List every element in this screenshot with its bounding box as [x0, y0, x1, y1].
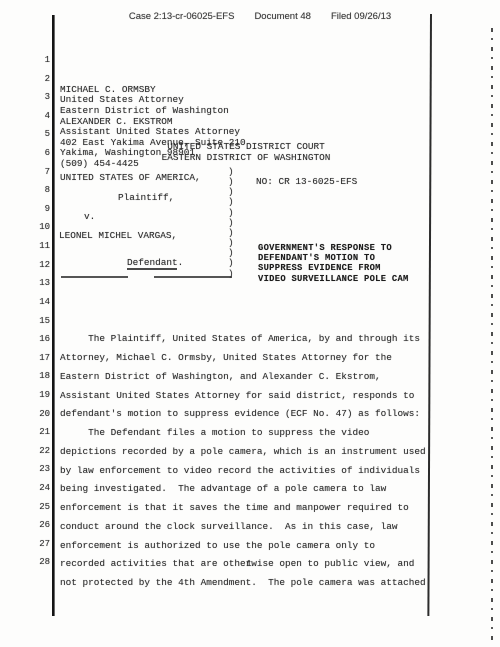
- body-line: enforcement is authorized to use the pol…: [60, 537, 440, 556]
- line-number: 24: [26, 483, 50, 502]
- page-number: 1: [246, 558, 252, 569]
- body-line: by law enforcement to video record the a…: [60, 462, 440, 481]
- ecf-stamp-header: Case 2:13-cr-06025-EFS Document 48 Filed…: [40, 11, 480, 22]
- motion-title-line: SUPPRESS EVIDENCE FROM: [258, 263, 409, 273]
- body-line: Eastern District of Washington, and Alex…: [60, 368, 440, 387]
- body-line: The Plaintiff, United States of America,…: [60, 330, 440, 349]
- body-text: The Plaintiff, United States of America,…: [60, 274, 440, 593]
- line-number: 8: [26, 185, 50, 204]
- body-line: depictions recorded by a pole camera, wh…: [60, 443, 440, 462]
- line-number: 19: [26, 390, 50, 409]
- court-heading-line: EASTERN DISTRICT OF WASHINGTON: [60, 153, 432, 164]
- case-number: NO: CR 13-6025-EFS: [256, 176, 357, 187]
- line-number: 5: [26, 129, 50, 148]
- body-line: being investigated. The advantage of a p…: [60, 480, 440, 499]
- line-number: 21: [26, 427, 50, 446]
- line-number: 13: [26, 278, 50, 297]
- line-number: 7: [26, 167, 50, 186]
- line-number: 25: [26, 502, 50, 521]
- document-number-stamp: Document 48: [254, 11, 311, 22]
- line-number: 27: [26, 539, 50, 558]
- line-number: 23: [26, 464, 50, 483]
- versus-label: v.: [84, 211, 95, 222]
- body-line: The Defendant files a motion to suppress…: [60, 424, 440, 443]
- line-number: 20: [26, 409, 50, 428]
- motion-title-line: GOVERNMENT'S RESPONSE TO: [258, 243, 409, 253]
- case-number-stamp: Case 2:13-cr-06025-EFS: [129, 11, 235, 22]
- line-number: 16: [26, 334, 50, 353]
- line-number: 15: [26, 316, 50, 335]
- defendant-underline: [127, 268, 177, 270]
- line-number: 22: [26, 446, 50, 465]
- body-line: enforcement is that it saves the time an…: [60, 499, 440, 518]
- body-line: Attorney, Michael C. Ormsby, United Stat…: [60, 349, 440, 368]
- line-number: 17: [26, 353, 50, 372]
- defendant-role: Defendant.: [127, 257, 183, 268]
- plaintiff-role: Plaintiff,: [118, 192, 174, 203]
- attorney-line: Eastern District of Washington: [60, 106, 246, 117]
- filed-date-stamp: Filed 09/26/13: [331, 11, 391, 22]
- scanned-court-document-page: Case 2:13-cr-06025-EFS Document 48 Filed…: [0, 0, 500, 647]
- line-number: 14: [26, 297, 50, 316]
- line-number: 18: [26, 371, 50, 390]
- body-line: Assistant United States Attorney for sai…: [60, 387, 440, 406]
- line-number: 10: [26, 222, 50, 241]
- body-line: conduct around the clock surveillance. A…: [60, 518, 440, 537]
- defendant-name: LEONEL MICHEL VARGAS,: [59, 230, 177, 241]
- body-line: not protected by the 4th Amendment. The …: [60, 574, 440, 593]
- line-number: 12: [26, 260, 50, 279]
- scan-edge-artifact: [491, 28, 493, 641]
- line-number: 6: [26, 148, 50, 167]
- pleading-line-number-column: 1234567891011121314151617181920212223242…: [26, 55, 50, 576]
- body-line: defendant's motion to suppress evidence …: [60, 405, 440, 424]
- plaintiff-name: UNITED STATES OF AMERICA,: [60, 172, 201, 183]
- pleading-left-double-rule: [52, 15, 56, 616]
- line-number: 1: [26, 55, 50, 74]
- caption-bracket-column: ))))))))))): [228, 167, 234, 279]
- line-number: 3: [26, 92, 50, 111]
- line-number: 11: [26, 241, 50, 260]
- line-number: 2: [26, 74, 50, 93]
- line-number: 4: [26, 111, 50, 130]
- line-number: 9: [26, 204, 50, 223]
- line-number: 28: [26, 557, 50, 576]
- court-heading: UNITED STATES DISTRICT COURTEASTERN DIST…: [60, 142, 432, 164]
- motion-title-line: DEFENDANT'S MOTION TO: [258, 253, 409, 263]
- line-number: 26: [26, 520, 50, 539]
